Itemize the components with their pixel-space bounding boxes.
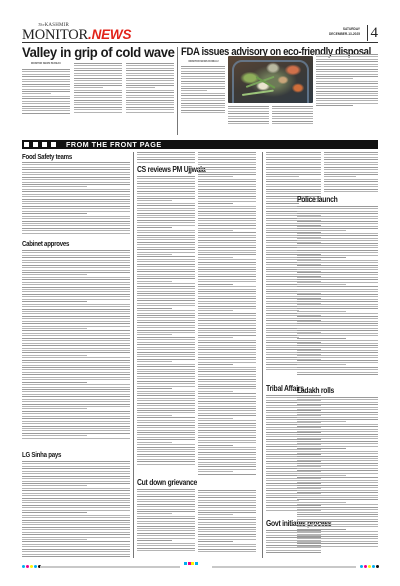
text-line [297,507,378,508]
cmyk-registration-right [360,565,379,568]
text-line [198,418,233,419]
text-line [297,421,346,422]
text-line [198,425,256,426]
registration-dot [372,565,375,568]
text-line [266,181,321,182]
text-line [137,276,195,277]
text-line [297,233,378,234]
text-line [22,84,70,85]
text-line [198,502,256,503]
text-line [22,340,130,341]
text-line [22,544,130,545]
text-line [297,497,378,498]
text-line [266,172,321,173]
text-line [137,342,195,343]
text-line [137,210,195,211]
text-line [198,457,256,458]
text-line [266,174,321,175]
text-line [22,230,130,231]
text-line [198,347,256,348]
text-line [137,403,195,404]
text-line [198,536,256,537]
text-line [137,152,195,153]
text-line [22,435,87,436]
text-line [22,500,130,501]
text-line [324,154,378,155]
square-icon [51,142,56,147]
text-line [137,516,195,517]
text-line [198,354,256,355]
text-line [137,371,195,372]
text-line [137,176,195,177]
text-line [198,242,256,243]
text-line [198,497,256,498]
text-line [198,276,256,277]
text-line [22,265,130,266]
text-line [22,515,130,516]
text-line [297,269,378,270]
text-line [181,76,225,77]
text-line [297,340,378,341]
registration-dot [368,565,371,568]
cmyk-registration-left [22,565,41,568]
text-line [297,238,378,239]
text-line [137,415,172,416]
text-line [198,462,256,463]
text-line [198,164,256,165]
text-line [198,492,256,493]
text-line [22,179,130,180]
text-line [22,367,130,368]
headline-ladakh-rolls[interactable]: Ladakh rolls [297,386,334,395]
text-line [22,430,130,431]
text-line [198,306,256,307]
text-line [22,391,130,392]
text-line [22,413,130,414]
text-line [297,397,378,398]
text-line [137,364,195,365]
text-line [137,393,195,394]
text-line [22,546,130,547]
text-line [198,413,256,414]
text-line [297,333,378,334]
text-line [22,433,130,434]
text-line [316,54,378,55]
text-line [266,154,321,155]
text-line [316,93,378,94]
text-line [22,473,130,474]
text-line [181,78,225,79]
text-line [198,534,256,535]
text-line [126,102,174,103]
text-line [22,69,70,70]
text-line [22,330,130,331]
text-line [22,184,130,185]
text-line [137,451,195,452]
text-line [137,261,195,262]
square-icon [33,142,38,147]
text-line [22,522,130,523]
text-line [198,359,256,360]
text-line [22,404,130,405]
text-line [22,379,130,380]
text-line [324,169,378,170]
text-line [198,252,256,253]
text-line [297,260,378,261]
text-line [137,235,195,236]
text-line [74,75,122,76]
text-line [297,521,378,522]
text-line [316,71,378,72]
text-line [266,284,299,285]
text-line [297,360,378,361]
text-line [198,250,256,251]
text-line [22,488,130,489]
byline: MONITOR NEWS BUREAU [181,60,226,63]
text-line [137,330,195,331]
text-line [137,521,195,522]
text-line [266,179,321,180]
article-body [22,250,130,440]
text-line [137,157,195,158]
text-line [316,83,378,84]
headline-cabinet[interactable]: Cabinet approves [22,239,69,248]
text-line [198,449,256,450]
text-line [137,181,195,182]
text-line [198,240,256,241]
text-line [22,294,130,295]
text-line [126,104,174,105]
text-line [22,421,130,422]
text-line [137,313,195,314]
text-line [297,221,378,222]
text-line [137,422,195,423]
text-line [316,100,378,101]
text-line [137,361,172,362]
text-line [297,308,378,309]
text-line [137,442,172,443]
text-line [198,510,256,511]
text-line [297,404,378,405]
text-line [297,338,346,339]
text-line [137,464,195,465]
text-line [137,548,195,549]
text-line [272,113,313,114]
text-line [137,227,172,228]
text-line [324,172,378,173]
text-line [137,332,195,333]
basket-shape [232,60,309,103]
text-line [297,451,378,452]
text-line [297,216,378,217]
text-line [22,466,130,467]
text-line [22,461,130,462]
text-line [198,549,256,550]
text-line [198,313,256,314]
text-line [22,301,87,302]
text-line [137,530,195,531]
text-line [228,108,269,109]
text-line [126,68,174,69]
text-line [137,344,195,345]
headline-police-launch[interactable]: Police launch [297,195,338,204]
text-line [22,91,70,92]
text-line [22,556,130,557]
text-line [126,109,174,110]
text-line [198,289,256,290]
text-line [22,493,130,494]
text-line [198,298,256,299]
text-line [198,215,256,216]
text-line [297,240,378,241]
text-line [137,281,172,282]
text-line [137,518,195,519]
text-line [181,83,225,84]
text-line [22,282,130,283]
text-line [22,416,130,417]
text-line [297,504,378,505]
text-line [22,411,130,412]
text-line [22,167,130,168]
text-line [137,278,195,279]
text-line [266,162,321,163]
text-line [297,526,378,527]
text-line [22,374,130,375]
text-line [297,311,346,312]
text-line [126,73,174,74]
text-line [137,509,195,510]
text-line [74,78,122,79]
text-line [137,535,195,536]
text-line [22,218,130,219]
text-line [22,233,130,234]
text-line [297,291,378,292]
text-line [137,533,195,534]
text-line [126,87,155,88]
text-line [137,408,195,409]
text-line [137,256,195,257]
text-line [324,189,378,190]
text-line [22,194,130,195]
text-line [297,272,378,273]
text-line [137,381,195,382]
headline-cold-wave[interactable]: Valley in grip of cold wave [22,46,162,60]
text-line [198,435,256,436]
text-line [198,281,256,282]
text-line [181,71,225,72]
text-line [22,333,130,334]
text-line [74,112,122,113]
text-line [297,267,378,268]
text-line [22,382,87,383]
footer-rule [212,566,356,568]
text-line [137,191,195,192]
headline-food-safety[interactable]: Food Safety teams [22,152,72,161]
text-line [297,362,378,363]
text-line [297,228,378,229]
text-line [324,167,378,168]
text-line [22,257,130,258]
text-line [297,448,346,449]
headline-cut-down-grievance[interactable]: Cut down grievance [137,478,197,487]
text-line [137,159,195,160]
text-line [297,512,378,513]
text-line [137,425,195,426]
text-line [198,201,256,202]
text-line [297,453,378,454]
text-line [74,80,122,81]
text-line [198,544,256,545]
text-line [22,164,130,165]
text-line [22,534,130,535]
text-line [198,401,256,402]
text-line [198,539,256,540]
text-line [297,274,378,275]
text-line [137,356,195,357]
text-line [137,225,195,226]
text-line [297,473,378,474]
text-line [198,367,256,368]
text-line [198,237,256,238]
text-line [137,359,195,360]
headline-lg-sinha[interactable]: LG Sinha pays [22,450,61,459]
text-line [22,174,130,175]
text-line [297,296,378,297]
text-line [316,86,378,87]
text-line [297,335,378,336]
text-line [198,374,256,375]
text-line [137,188,195,189]
text-line [22,554,130,555]
text-line [297,480,378,481]
article-body [324,152,378,193]
text-line [22,355,87,356]
text-line [198,174,256,175]
text-line [137,398,195,399]
text-line [198,437,256,438]
text-line [198,495,256,496]
text-line [228,106,269,107]
article-body [126,63,174,114]
text-line [266,230,299,231]
text-line [297,369,378,370]
headline-cs-reviews[interactable]: CS reviews PM Ujjwala [137,165,205,174]
text-line [297,277,378,278]
text-line [266,164,321,165]
text-line [137,437,195,438]
text-line [22,377,130,378]
text-line [137,410,195,411]
text-line [266,364,299,365]
registration-dot [360,565,363,568]
text-line [198,245,256,246]
text-line [22,387,130,388]
text-line [137,162,195,163]
text-line [297,477,378,478]
text-line [266,473,299,474]
text-line [316,95,378,96]
text-line [181,73,225,74]
text-line [297,299,378,300]
text-line [272,116,313,117]
article-body [22,162,130,235]
text-line [297,407,378,408]
text-line [198,328,256,329]
text-line [198,230,233,231]
text-line [297,282,378,283]
text-line [137,354,195,355]
text-line [126,107,174,108]
text-line [324,191,378,192]
text-line [137,283,195,284]
text-line [198,264,256,265]
text-line [137,322,195,323]
text-line [316,78,353,79]
text-line [316,74,378,75]
text-line [22,306,130,307]
text-line [198,471,233,472]
text-line [22,507,130,508]
text-line [324,174,378,175]
text-line [137,412,195,413]
text-line [74,104,122,105]
text-line [266,203,299,204]
text-line [22,103,70,104]
text-line [137,545,195,546]
text-line [137,400,195,401]
text-line [297,318,378,319]
text-line [22,221,130,222]
text-line [22,211,130,212]
text-line [228,118,269,119]
text-line [297,490,378,491]
text-line [297,536,378,537]
text-line [126,95,174,96]
article-body [297,206,378,377]
cmyk-registration-center [184,562,198,565]
text-line [198,551,256,552]
text-line [198,154,256,155]
text-line [198,323,256,324]
registration-dot [30,565,33,568]
text-line [198,430,256,431]
text-line [198,232,256,233]
text-line [181,100,225,101]
text-line [181,110,225,111]
text-line [272,106,313,107]
text-line [198,514,233,515]
text-line [22,208,130,209]
logo-main-text: MONITOR [22,27,88,43]
text-line [137,349,195,350]
text-line [22,423,130,424]
text-line [198,176,233,177]
text-line [137,154,195,155]
text-line [198,432,256,433]
section-title: FROM THE FRONT PAGE [66,140,162,149]
text-line [74,70,122,71]
text-line [22,250,130,251]
text-line [74,102,122,103]
text-line [297,235,378,236]
text-line [297,243,378,244]
text-line [22,177,130,178]
text-line [137,291,195,292]
column-divider [177,47,178,135]
text-line [198,362,256,363]
text-line [297,463,378,464]
text-line [22,277,130,278]
